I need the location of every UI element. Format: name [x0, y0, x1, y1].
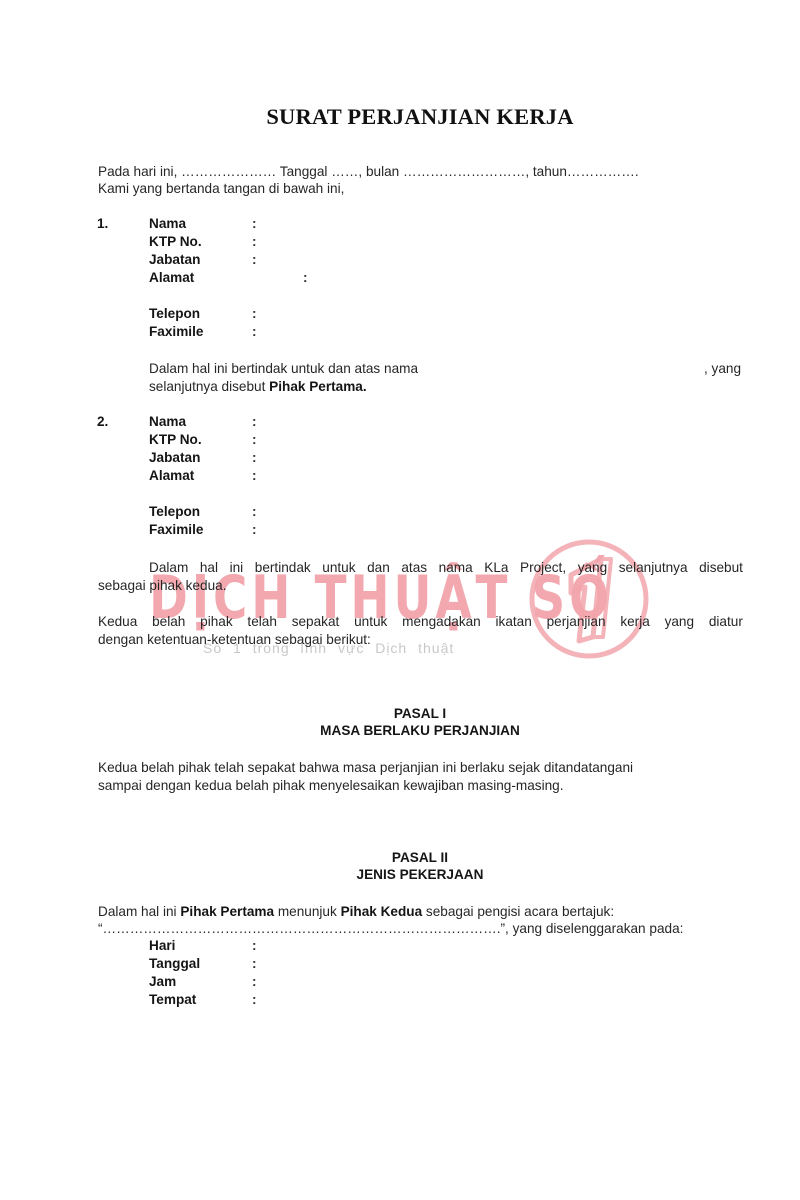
party1-field-colon: : — [252, 306, 257, 321]
party2-field-colon: : — [252, 522, 257, 537]
party1-field-label: KTP No. — [149, 234, 202, 249]
intro-date-line: Pada hari ini, ………………… Tanggal ……, bulan… — [98, 163, 639, 180]
text-run: menunjuk — [274, 904, 341, 919]
party2-field-colon: : — [252, 450, 257, 465]
party2-statement-line1: Dalam hal ini bertindak untuk dan atas n… — [149, 560, 743, 575]
party1-field-label: Telepon — [149, 306, 200, 321]
party1-statement-line2: selanjutnya disebut Pihak Pertama. — [149, 378, 367, 395]
party1-statement-right: , yang — [704, 360, 741, 377]
party2-field-label: Alamat — [149, 468, 194, 483]
pasal2-field-colon: : — [252, 992, 257, 1007]
word: untuk — [354, 614, 387, 629]
pasal2-field-label: Jam — [149, 974, 176, 989]
agreement-line2: dengan ketentuan-ketentuan sebagai berik… — [98, 631, 371, 648]
intro-signatories-line: Kami yang bertanda tangan di bawah ini, — [98, 180, 344, 197]
word: Project, — [520, 560, 566, 575]
pasal2-line1: Dalam hal ini Pihak Pertama menunjuk Pih… — [98, 903, 614, 920]
party1-field-colon: : — [252, 234, 257, 249]
word: atas — [401, 560, 427, 575]
pasal2-field-label: Tempat — [149, 992, 196, 1007]
word: diatur — [709, 614, 743, 629]
party2-number: 2. — [97, 414, 108, 429]
word: hal — [200, 560, 218, 575]
party2-field-label: KTP No. — [149, 432, 202, 447]
pasal2-number: PASAL II — [0, 849, 800, 867]
word: KLa — [484, 560, 508, 575]
party1-field-colon: : — [252, 252, 257, 267]
word: belah — [152, 614, 185, 629]
party2-field-label: Faximile — [149, 522, 203, 537]
party2-field-colon: : — [252, 504, 257, 519]
party1-statement-left: Dalam hal ini bertindak untuk dan atas n… — [149, 360, 418, 377]
word: Kedua — [98, 614, 137, 629]
party2-field-colon: : — [252, 432, 257, 447]
word: telah — [247, 614, 276, 629]
word: ini — [230, 560, 244, 575]
pihak-pertama-label: Pihak Pertama — [180, 904, 274, 919]
party1-field-colon: : — [252, 324, 257, 339]
document-page: SURAT PERJANJIAN KERJA Pada hari ini, ……… — [0, 0, 800, 1200]
party2-field-colon: : — [252, 414, 257, 429]
word: untuk — [322, 560, 355, 575]
party2-field-label: Telepon — [149, 504, 200, 519]
pasal2-field-colon: : — [252, 956, 257, 971]
pasal2-heading: JENIS PEKERJAAN — [0, 866, 800, 884]
word: yang — [578, 560, 607, 575]
pasal2-line2: “…………………………………………………………………………….”, yang d… — [98, 920, 683, 937]
word: nama — [439, 560, 473, 575]
party1-number: 1. — [97, 216, 108, 231]
pasal2-field-label: Hari — [149, 938, 175, 953]
text-run: sebagai pengisi acara bertajuk: — [422, 904, 614, 919]
word: yang — [665, 614, 694, 629]
word: Dalam — [149, 560, 188, 575]
pasal2-field-colon: : — [252, 938, 257, 953]
word: bertindak — [255, 560, 311, 575]
document-content: SURAT PERJANJIAN KERJA Pada hari ini, ……… — [0, 0, 800, 1200]
word: disebut — [699, 560, 743, 575]
pasal1-line2: sampai dengan kedua belah pihak menyeles… — [98, 777, 564, 794]
party1-field-colon: : — [303, 270, 308, 285]
word: sepakat — [292, 614, 340, 629]
party1-field-colon: : — [252, 216, 257, 231]
word: dan — [367, 560, 390, 575]
word: kerja — [620, 614, 649, 629]
agreement-line1: Kedua belah pihak telah sepakat untuk me… — [98, 614, 743, 629]
pasal2-field-label: Tanggal — [149, 956, 200, 971]
pihak-kedua-label: Pihak Kedua — [341, 904, 423, 919]
word: pihak — [200, 614, 233, 629]
party2-statement-line2: sebagai pihak kedua. — [98, 577, 226, 594]
party2-field-label: Jabatan — [149, 450, 200, 465]
pasal1-heading: MASA BERLAKU PERJANJIAN — [0, 722, 800, 740]
party1-field-label: Alamat — [149, 270, 194, 285]
watermark-logo-icon — [527, 537, 651, 661]
pihak-pertama-label: Pihak Pertama. — [269, 379, 366, 394]
party1-field-label: Jabatan — [149, 252, 200, 267]
party2-field-colon: : — [252, 468, 257, 483]
party1-field-label: Nama — [149, 216, 186, 231]
word: selanjutnya — [619, 560, 688, 575]
pasal1-number: PASAL I — [0, 705, 800, 723]
word: mengadakan — [402, 614, 481, 629]
pasal2-field-colon: : — [252, 974, 257, 989]
text-run: Dalam hal ini — [98, 904, 180, 919]
party2-field-label: Nama — [149, 414, 186, 429]
word: perjanjian — [547, 614, 606, 629]
pasal1-line1: Kedua belah pihak telah sepakat bahwa ma… — [98, 759, 633, 776]
document-title: SURAT PERJANJIAN KERJA — [0, 104, 800, 130]
party1-field-label: Faximile — [149, 324, 203, 339]
party1-statement-prefix: selanjutnya disebut — [149, 379, 269, 394]
word: ikatan — [496, 614, 532, 629]
